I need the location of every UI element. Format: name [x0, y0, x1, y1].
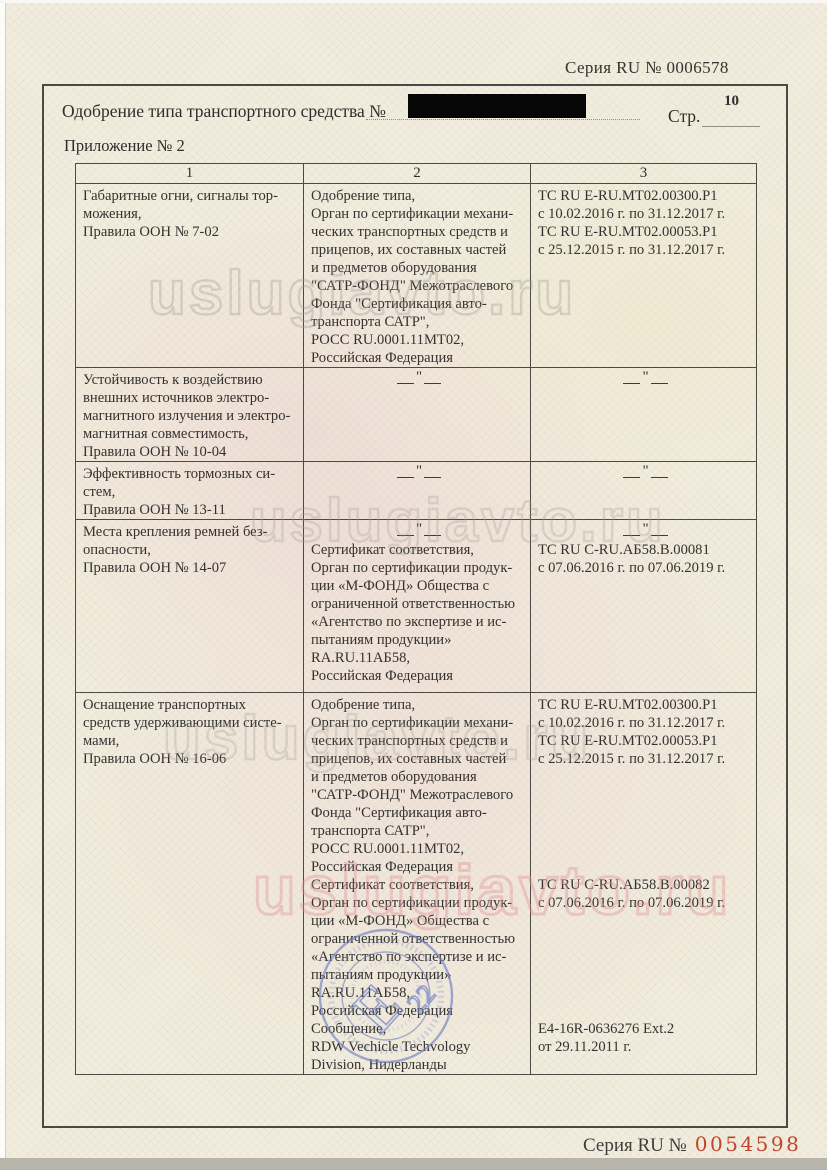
cell-line: внешних источников электро-: [83, 389, 300, 407]
table-cell: ТС RU Е-RU.МТ02.00300.Р1с 10.02.2016 г. …: [531, 693, 757, 1075]
cell-line: E4-16R-0636276 Ext.2: [538, 1020, 753, 1038]
cell-line: магнитного излучения и электро-: [83, 407, 300, 425]
cell-line: ческих транспортных средств и: [311, 223, 527, 241]
table-cell: ": [304, 462, 531, 520]
table-cell: Одобрение типа,Орган по сертификации мех…: [304, 184, 531, 368]
cell-line: пытаниям продукции»: [311, 966, 527, 984]
cell-line: от 29.11.2011 г.: [538, 1038, 753, 1056]
table-cell: Габаритные огни, сигналы тор-можения,Пра…: [76, 184, 304, 368]
table-cell: ": [531, 462, 757, 520]
cell-line: ТС RU С-RU.АБ58.В.00081: [538, 541, 753, 559]
cell-line: с 25.12.2015 г. по 31.12.2017 г.: [538, 241, 753, 259]
series-number-bottom: Серия RU №0054598: [583, 1132, 801, 1157]
cell-line: и предметов оборудования: [311, 768, 527, 786]
cell-line: Сертификат соответствия,: [311, 541, 527, 559]
table-cell: ": [304, 368, 531, 462]
table-cell: Эффективность тормозных си-стем,Правила …: [76, 462, 304, 520]
scan-edge-bottom: [0, 1158, 827, 1170]
cell-line: Правила ООН № 10-04: [83, 443, 300, 461]
table-cell: ": [531, 368, 757, 462]
cell-line: ции «М-ФОНД» Общества с: [311, 577, 527, 595]
cell-line: [538, 804, 753, 822]
cell-line: Орган по сертификации продук-: [311, 894, 527, 912]
cell-line: [538, 930, 753, 948]
cell-line: "САТР-ФОНД" Межотраслевого: [311, 277, 527, 295]
cell-line: Фонда "Сертификация авто-: [311, 295, 527, 313]
table-cell: "ТС RU С-RU.АБ58.В.00081с 07.06.2016 г. …: [531, 520, 757, 693]
cell-line: Правила ООН № 16-06: [83, 750, 300, 768]
title-underline: [366, 119, 640, 120]
cell-line: Российская Федерация: [311, 858, 527, 876]
table-cell: Устойчивость к воздействиювнешних источн…: [76, 368, 304, 462]
cell-line: Места крепления ремней без-: [83, 523, 300, 541]
cell-line: транспорта САТР",: [311, 313, 527, 331]
cell-line: RA.RU.11АБ58,: [311, 649, 527, 667]
cell-line: средств удерживающими систе-: [83, 714, 300, 732]
cell-line: Сообщение,: [311, 1020, 527, 1038]
cell-line: Фонда "Сертификация авто-: [311, 804, 527, 822]
cell-line: с 10.02.2016 г. по 31.12.2017 г.: [538, 714, 753, 732]
column-header-3: 3: [531, 164, 757, 184]
cell-line: Российская Федерация: [311, 1002, 527, 1020]
cell-line: ТС RU Е-RU.МТ02.00053.Р1: [538, 223, 753, 241]
table-cell: Оснащение транспортныхсредств удерживающ…: [76, 693, 304, 1075]
cell-line: RDW Vechicle Techvology: [311, 1038, 527, 1056]
cell-line: [538, 840, 753, 858]
cell-line: пытаниям продукции»: [311, 631, 527, 649]
cell-line: и предметов оборудования: [311, 259, 527, 277]
cell-line: [538, 858, 753, 876]
cell-line: РОСС RU.0001.11МТ02,: [311, 331, 527, 349]
cell-line: стем,: [83, 483, 300, 501]
cell-line: ТС RU Е-RU.МТ02.00300.Р1: [538, 696, 753, 714]
cell-line: мами,: [83, 732, 300, 750]
cell-line: с 25.12.2015 г. по 31.12.2017 г.: [538, 750, 753, 768]
cell-line: «Агентство по экспертизе и ис-: [311, 948, 527, 966]
series-number-top: Серия RU № 0006578: [565, 58, 729, 78]
cell-line: "САТР-ФОНД" Межотраслевого: [311, 786, 527, 804]
page-label: Стр.: [668, 106, 700, 127]
cell-line: РОСС RU.0001.11МТ02,: [311, 840, 527, 858]
ditto-mark: ": [311, 465, 527, 483]
cell-line: ТС RU Е-RU.МТ02.00300.Р1: [538, 187, 753, 205]
cell-line: с 10.02.2016 г. по 31.12.2017 г.: [538, 205, 753, 223]
cell-line: Орган по сертификации механи-: [311, 205, 527, 223]
cell-line: Одобрение типа,: [311, 696, 527, 714]
cell-line: Оснащение транспортных: [83, 696, 300, 714]
table-row: Устойчивость к воздействиювнешних источн…: [76, 368, 757, 462]
table-cell: "Сертификат соответствия,Орган по сертиф…: [304, 520, 531, 693]
cell-line: Правила ООН № 14-07: [83, 559, 300, 577]
cell-line: Правила ООН № 13-11: [83, 501, 300, 519]
table-row: Места крепления ремней без-опасности,Пра…: [76, 520, 757, 693]
cell-line: транспорта САТР",: [311, 822, 527, 840]
cell-line: прицепов, их составных частей: [311, 750, 527, 768]
cell-line: RA.RU.11АБ58,: [311, 984, 527, 1002]
table-row: Габаритные огни, сигналы тор-можения,Пра…: [76, 184, 757, 368]
table-row: Эффективность тормозных си-стем,Правила …: [76, 462, 757, 520]
cell-line: [538, 966, 753, 984]
ditto-mark: ": [311, 523, 527, 541]
cell-line: прицепов, их составных частей: [311, 241, 527, 259]
document-title: Одобрение типа транспортного средства №: [62, 101, 386, 122]
cell-line: «Агентство по экспертизе и ис-: [311, 613, 527, 631]
cell-line: ции «М-ФОНД» Общества с: [311, 912, 527, 930]
cell-line: можения,: [83, 205, 300, 223]
cell-line: Эффективность тормозных си-: [83, 465, 300, 483]
ditto-mark: ": [538, 371, 753, 389]
page-number: 10: [724, 93, 739, 110]
table-cell: ТС RU Е-RU.МТ02.00300.Р1с 10.02.2016 г. …: [531, 184, 757, 368]
ditto-mark: ": [311, 371, 527, 389]
document-page: Серия RU № 0006578 Одобрение типа трансп…: [0, 0, 827, 1170]
scan-edge-top: [0, 0, 827, 3]
cell-line: Одобрение типа,: [311, 187, 527, 205]
series-bottom-value: 0054598: [695, 1132, 802, 1156]
cell-line: ТС RU С-RU.АБ58.В.00082: [538, 876, 753, 894]
ditto-mark: ": [538, 523, 753, 541]
redaction-box: [408, 94, 586, 118]
annex-label: Приложение № 2: [64, 136, 185, 156]
cell-line: ограниченной ответственностью: [311, 595, 527, 613]
cell-line: Division, Нидерланды: [311, 1056, 527, 1074]
page-label-underline: [702, 126, 760, 127]
series-bottom-label: Серия RU №: [583, 1135, 687, 1156]
cell-line: Габаритные огни, сигналы тор-: [83, 187, 300, 205]
cell-line: [538, 912, 753, 930]
cell-line: [538, 1002, 753, 1020]
cell-line: Устойчивость к воздействию: [83, 371, 300, 389]
cell-line: [538, 948, 753, 966]
cell-line: Российская Федерация: [311, 349, 527, 367]
table-row: Оснащение транспортныхсредств удерживающ…: [76, 693, 757, 1075]
cell-line: ТС RU Е-RU.МТ02.00053.Р1: [538, 732, 753, 750]
cell-line: Российская Федерация: [311, 667, 527, 685]
table-header-row: 1 2 3: [76, 164, 757, 184]
column-header-2: 2: [304, 164, 531, 184]
cell-line: Сертификат соответствия,: [311, 876, 527, 894]
cell-line: [538, 984, 753, 1002]
table-cell: Одобрение типа,Орган по сертификации мех…: [304, 693, 531, 1075]
cell-line: Правила ООН № 7-02: [83, 223, 300, 241]
cell-line: опасности,: [83, 541, 300, 559]
approvals-table: 1 2 3 Габаритные огни, сигналы тор-можен…: [75, 163, 757, 1075]
cell-line: ограниченной ответственностью: [311, 930, 527, 948]
column-header-1: 1: [76, 164, 304, 184]
cell-line: [538, 768, 753, 786]
ditto-mark: ": [538, 465, 753, 483]
cell-line: магнитная совместимость,: [83, 425, 300, 443]
cell-line: [538, 786, 753, 804]
scan-edge-left-line: [5, 0, 6, 1170]
cell-line: Орган по сертификации продук-: [311, 559, 527, 577]
cell-line: с 07.06.2016 г. по 07.06.2019 г.: [538, 894, 753, 912]
cell-line: с 07.06.2016 г. по 07.06.2019 г.: [538, 559, 753, 577]
cell-line: Орган по сертификации механи-: [311, 714, 527, 732]
cell-line: [538, 822, 753, 840]
table-cell: Места крепления ремней без-опасности,Пра…: [76, 520, 304, 693]
cell-line: ческих транспортных средств и: [311, 732, 527, 750]
